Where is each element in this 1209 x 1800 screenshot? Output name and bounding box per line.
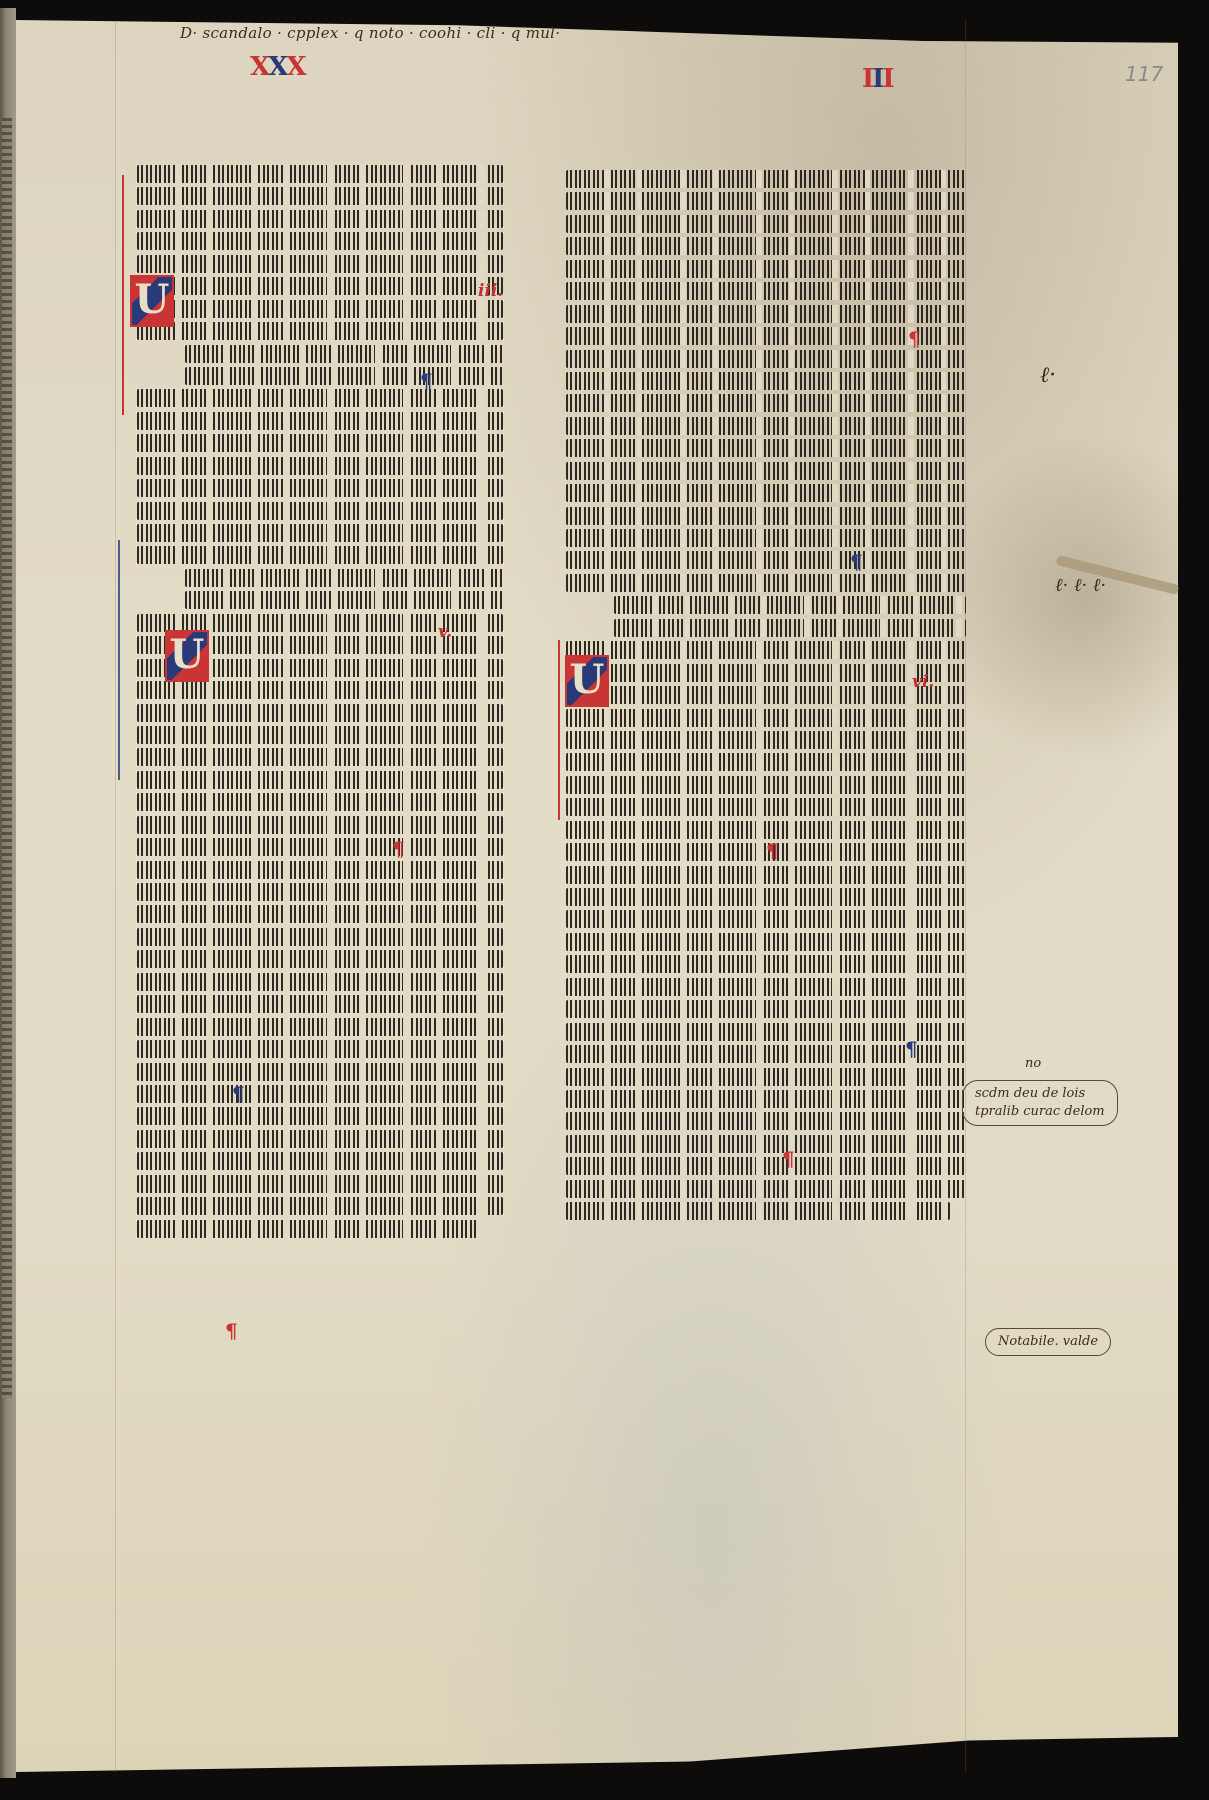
text-line: [137, 1063, 503, 1081]
text-line: [614, 596, 966, 614]
text-line: [137, 726, 503, 744]
chapter-marker-right: III: [862, 64, 893, 94]
paraph-mark: ¶: [782, 1150, 800, 1168]
text-line: [566, 798, 966, 816]
text-line: [137, 861, 503, 879]
text-line: [137, 1085, 503, 1103]
pen-flourish-red: [558, 640, 560, 820]
text-line: [566, 192, 966, 210]
text-line: [137, 479, 503, 497]
text-line: [137, 816, 503, 834]
text-line: [137, 524, 503, 542]
text-line: [137, 793, 503, 811]
text-line: [137, 1107, 503, 1125]
text-line: [137, 1040, 503, 1058]
text-line: [137, 210, 503, 228]
margin-note-line: tpralib curac delom: [975, 1103, 1105, 1121]
text-line: [137, 322, 503, 340]
text-line: [137, 973, 503, 991]
text-line: [566, 282, 966, 300]
text-line: [566, 507, 966, 525]
text-line: [566, 462, 966, 480]
paraph-mark: ¶: [420, 372, 438, 390]
text-line: [566, 709, 966, 727]
text-line: [137, 681, 503, 699]
text-line: [566, 731, 966, 749]
text-line: [137, 995, 503, 1013]
paraph-mark: ¶: [392, 840, 410, 858]
text-line: [566, 1112, 966, 1130]
text-line: [566, 417, 966, 435]
text-line: [566, 260, 966, 278]
text-column-right: [566, 170, 966, 1225]
margin-note-no: no: [1025, 1055, 1041, 1073]
text-line: [566, 776, 966, 794]
text-line: [566, 372, 966, 390]
text-line: [137, 905, 503, 923]
text-line: [566, 641, 966, 659]
text-line: [137, 255, 503, 273]
text-line: [137, 1018, 503, 1036]
text-line: [185, 591, 503, 609]
text-line: [566, 821, 966, 839]
text-line: [566, 955, 966, 973]
margin-note-boxed: scdm deu de lois tpralib curac delom: [962, 1080, 1118, 1126]
text-line: [137, 300, 503, 318]
text-line: [137, 389, 503, 407]
folio-number: 117: [1125, 62, 1163, 86]
text-line: [137, 277, 503, 295]
text-line: [137, 1130, 503, 1148]
pen-flourish-blue: [118, 540, 120, 780]
text-line: [566, 1068, 966, 1086]
text-line: [566, 170, 966, 188]
text-line: [566, 305, 966, 323]
text-line: [566, 529, 966, 547]
paraph-mark: ¶: [850, 553, 868, 571]
text-line: [566, 439, 966, 457]
text-line: [566, 753, 966, 771]
text-line: [566, 910, 966, 928]
paraph-mark: ¶: [766, 842, 784, 860]
text-line: [566, 866, 966, 884]
chapter-marker-left: XXX: [250, 52, 305, 82]
margin-note-notabile: Notabile. valde: [985, 1328, 1111, 1356]
ruling-line: [115, 20, 116, 1772]
text-line: [137, 838, 503, 856]
nota-mark: ℓ·: [1040, 362, 1056, 388]
paraph-mark: ¶: [232, 1085, 250, 1103]
paraph-mark: ¶: [908, 330, 926, 348]
paraph-mark: ¶: [225, 1322, 243, 1340]
text-line: [185, 367, 503, 385]
text-line: [137, 434, 503, 452]
text-line: [566, 350, 966, 368]
pen-flourish-red: [122, 175, 124, 415]
decorated-initial: U: [130, 275, 174, 327]
text-line: [566, 1157, 966, 1175]
text-line: [137, 1197, 503, 1215]
text-line: [137, 187, 503, 205]
text-line: [137, 1220, 488, 1238]
text-line: [566, 1180, 966, 1198]
text-line: [566, 551, 966, 569]
decorated-initial: U: [165, 630, 209, 682]
text-line: [137, 1152, 503, 1170]
text-line: [137, 928, 503, 946]
adjacent-spine-edge: [0, 8, 16, 1778]
text-line: [137, 412, 503, 430]
text-line: [137, 1175, 503, 1193]
text-line: [566, 574, 966, 592]
text-line: [566, 1135, 966, 1153]
text-line: [137, 165, 503, 183]
text-line: [566, 237, 966, 255]
text-line: [137, 883, 503, 901]
text-line: [566, 664, 966, 682]
margin-note-line: scdm deu de lois: [975, 1085, 1105, 1103]
text-line: [566, 978, 966, 996]
nota-marks: ℓ· ℓ· ℓ·: [1055, 575, 1106, 596]
text-line: [137, 950, 503, 968]
adjacent-page-text: [2, 118, 12, 1398]
text-line: [566, 1202, 950, 1220]
text-line: [566, 484, 966, 502]
text-line: [137, 502, 503, 520]
text-line: [566, 1000, 966, 1018]
text-line: [614, 619, 966, 637]
text-line: [566, 215, 966, 233]
text-line: [566, 933, 966, 951]
rubric-numeral: iii.: [478, 281, 503, 301]
text-line: [185, 569, 503, 587]
text-line: [566, 327, 966, 345]
decorated-initial: U: [565, 655, 609, 707]
rubric-numeral: vi.: [912, 672, 934, 692]
text-line: [137, 704, 503, 722]
text-line: [137, 748, 503, 766]
rubric-numeral: v.: [438, 622, 452, 642]
text-line: [137, 546, 503, 564]
paraph-mark: ¶: [905, 1040, 923, 1058]
text-line: [566, 1090, 966, 1108]
text-line: [185, 345, 503, 363]
text-line: [137, 771, 503, 789]
text-column-left: [137, 165, 503, 1242]
text-line: [566, 888, 966, 906]
text-line: [137, 232, 503, 250]
text-line: [566, 394, 966, 412]
text-line: [566, 686, 966, 704]
text-line: [137, 457, 503, 475]
running-header: D· scandalo · cpplex · q noto · coohi · …: [180, 24, 560, 42]
